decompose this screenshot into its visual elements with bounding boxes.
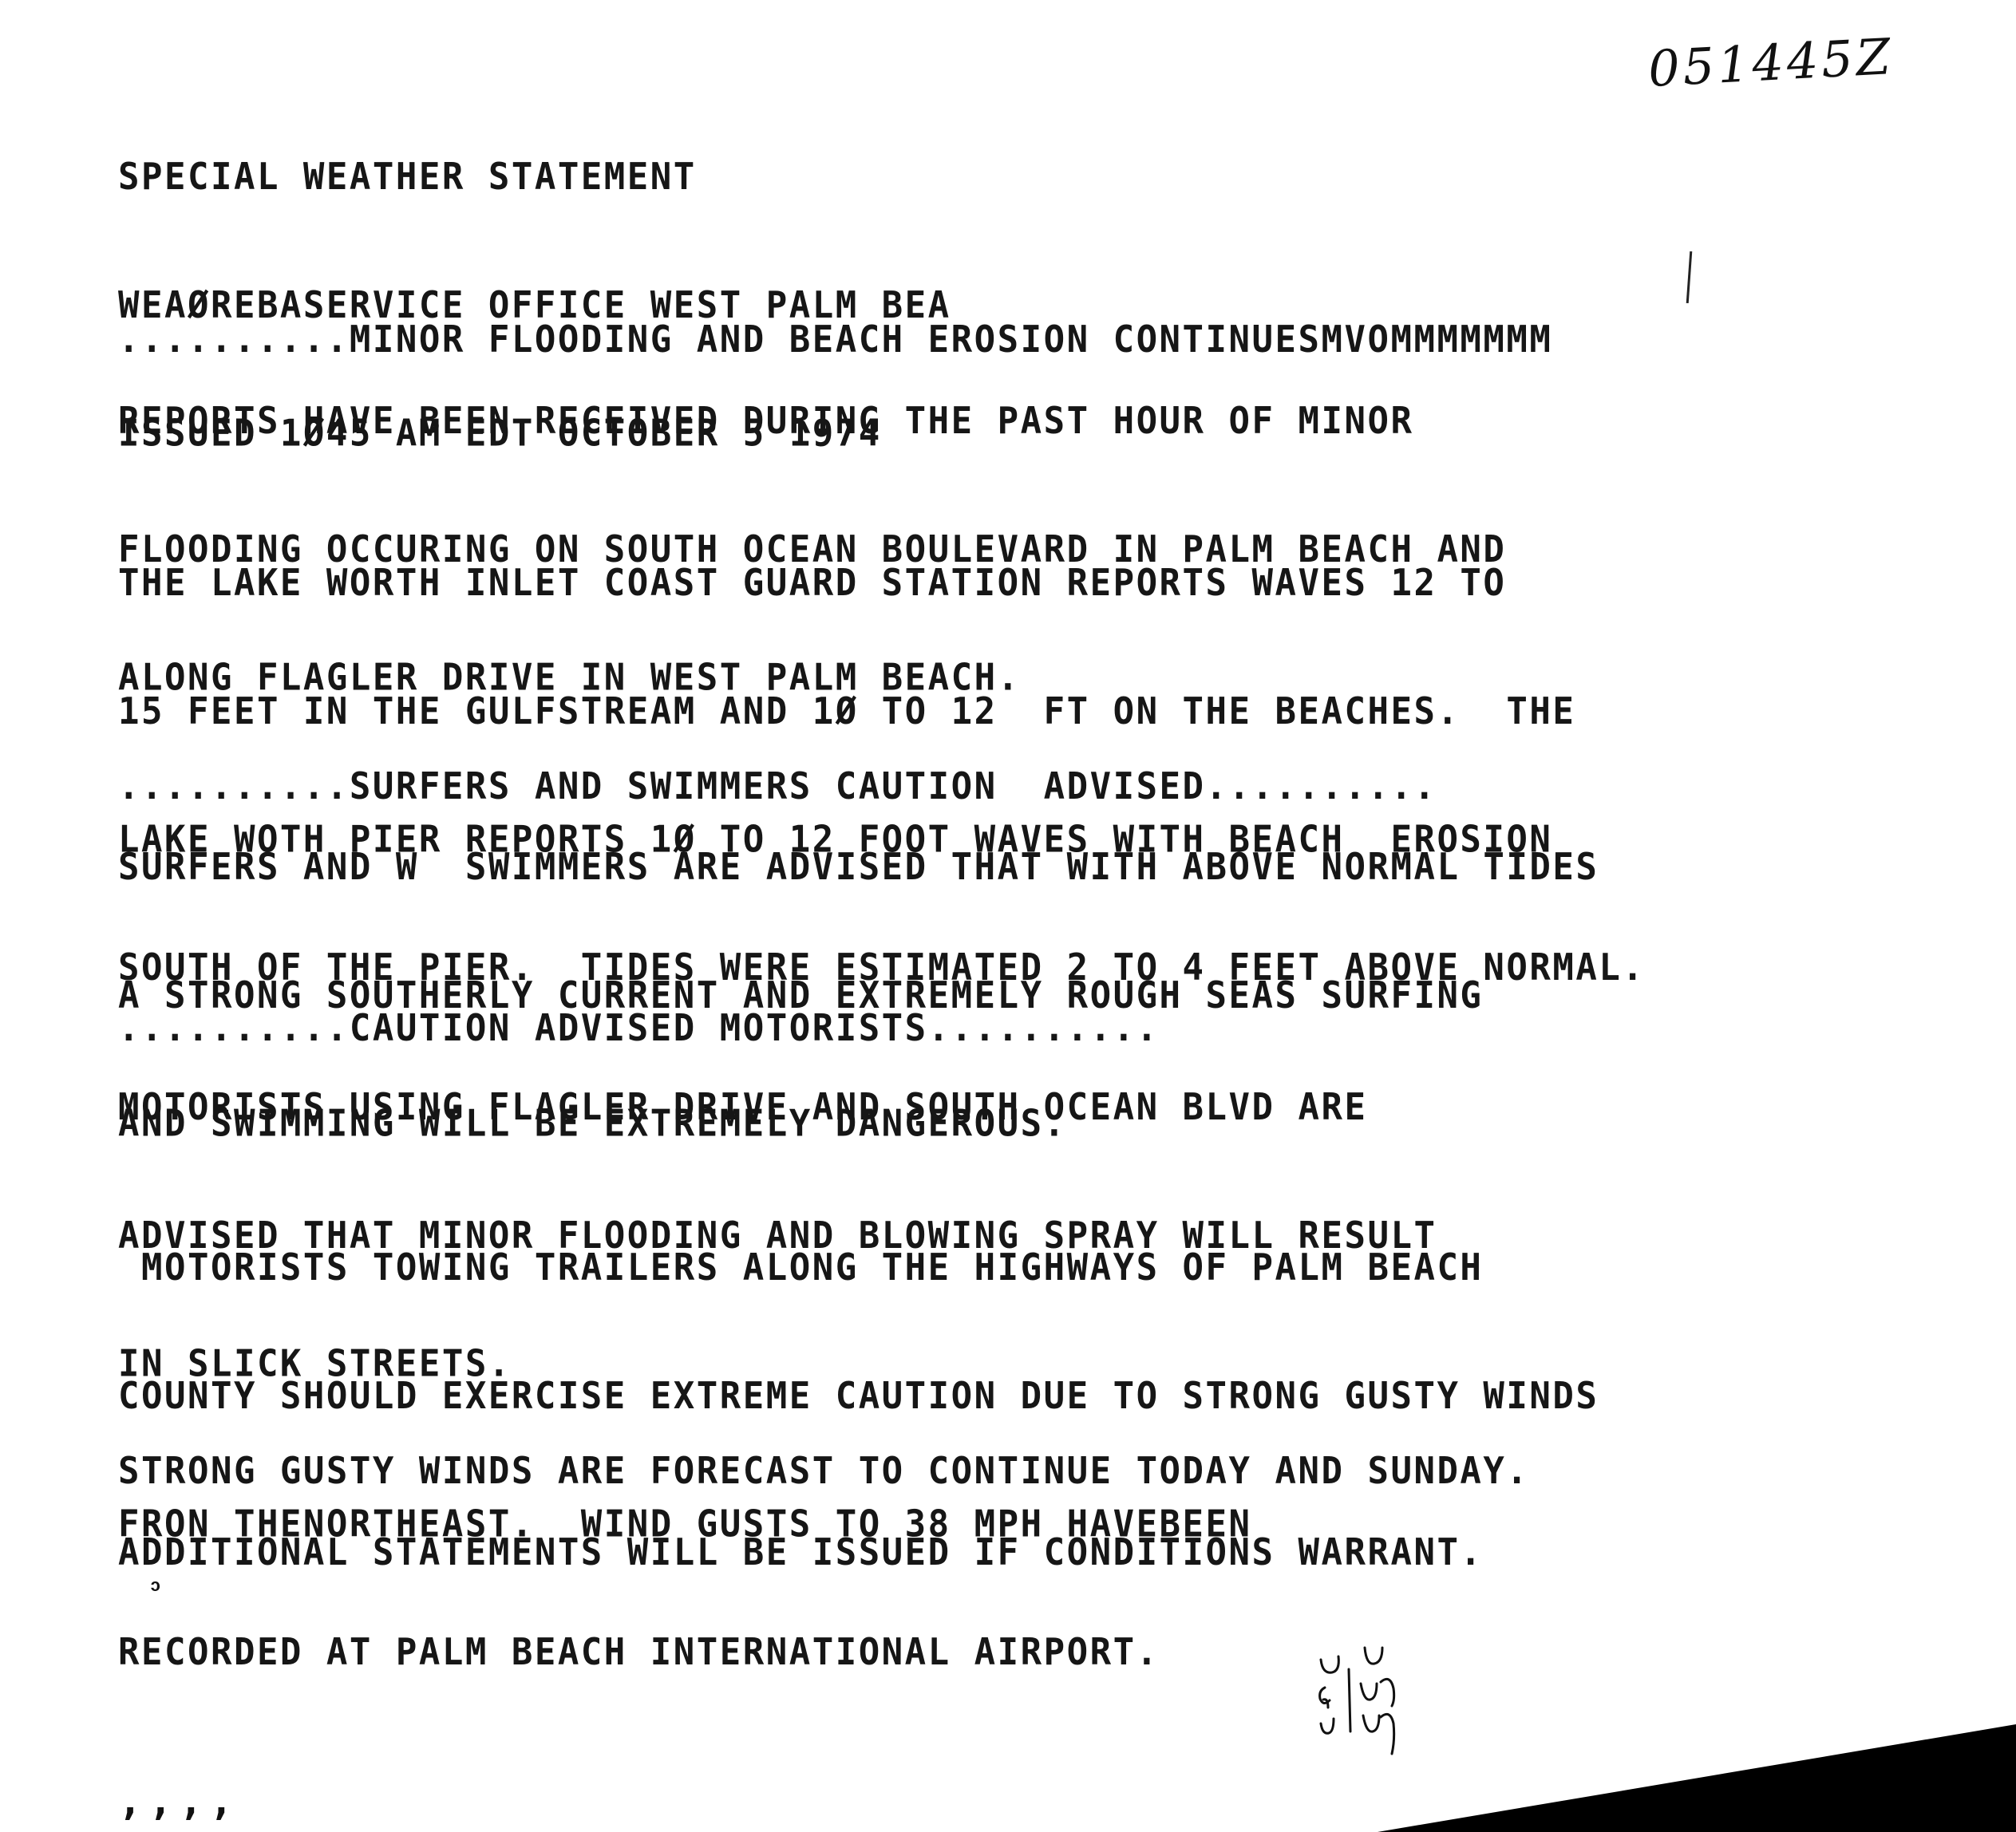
paragraph-line: MOTORISTS USING FLAGLER DRIVE AND SOUTH … (118, 1086, 1437, 1129)
paragraph-line: REPORTS HAVE BEEN RECEIVED DURING THE PA… (118, 400, 1506, 443)
scan-shadow (1378, 1724, 2016, 1832)
paragraph-line: MOTORISTS TOWING TRAILERS ALONG THE HIGH… (118, 1246, 1599, 1289)
margin-mark (1686, 251, 1693, 303)
stray-ink-mark: ↄ (150, 1576, 160, 1597)
paragraph-line: SURFERS AND W SWIMMERS ARE ADVISED THAT … (118, 846, 1599, 889)
document-page: 051445Z SPECIAL WEATHER STATEMENT WEAØRE… (0, 0, 2016, 1832)
handwritten-document-number: 051445Z (1646, 27, 1895, 98)
paragraph-line: THE LAKE WORTH INLET COAST GUARD STATION… (118, 562, 1645, 605)
footer-marks: ,,,, (118, 1778, 239, 1824)
statement-title: SPECIAL WEATHER STATEMENT (118, 156, 951, 199)
paragraph-additional-statements: ADDITIONAL STATEMENTS WILL BE ISSUED IF … (118, 1446, 1483, 1660)
paragraph-line: ADDITIONAL STATEMENTS WILL BE ISSUED IF … (118, 1531, 1483, 1574)
